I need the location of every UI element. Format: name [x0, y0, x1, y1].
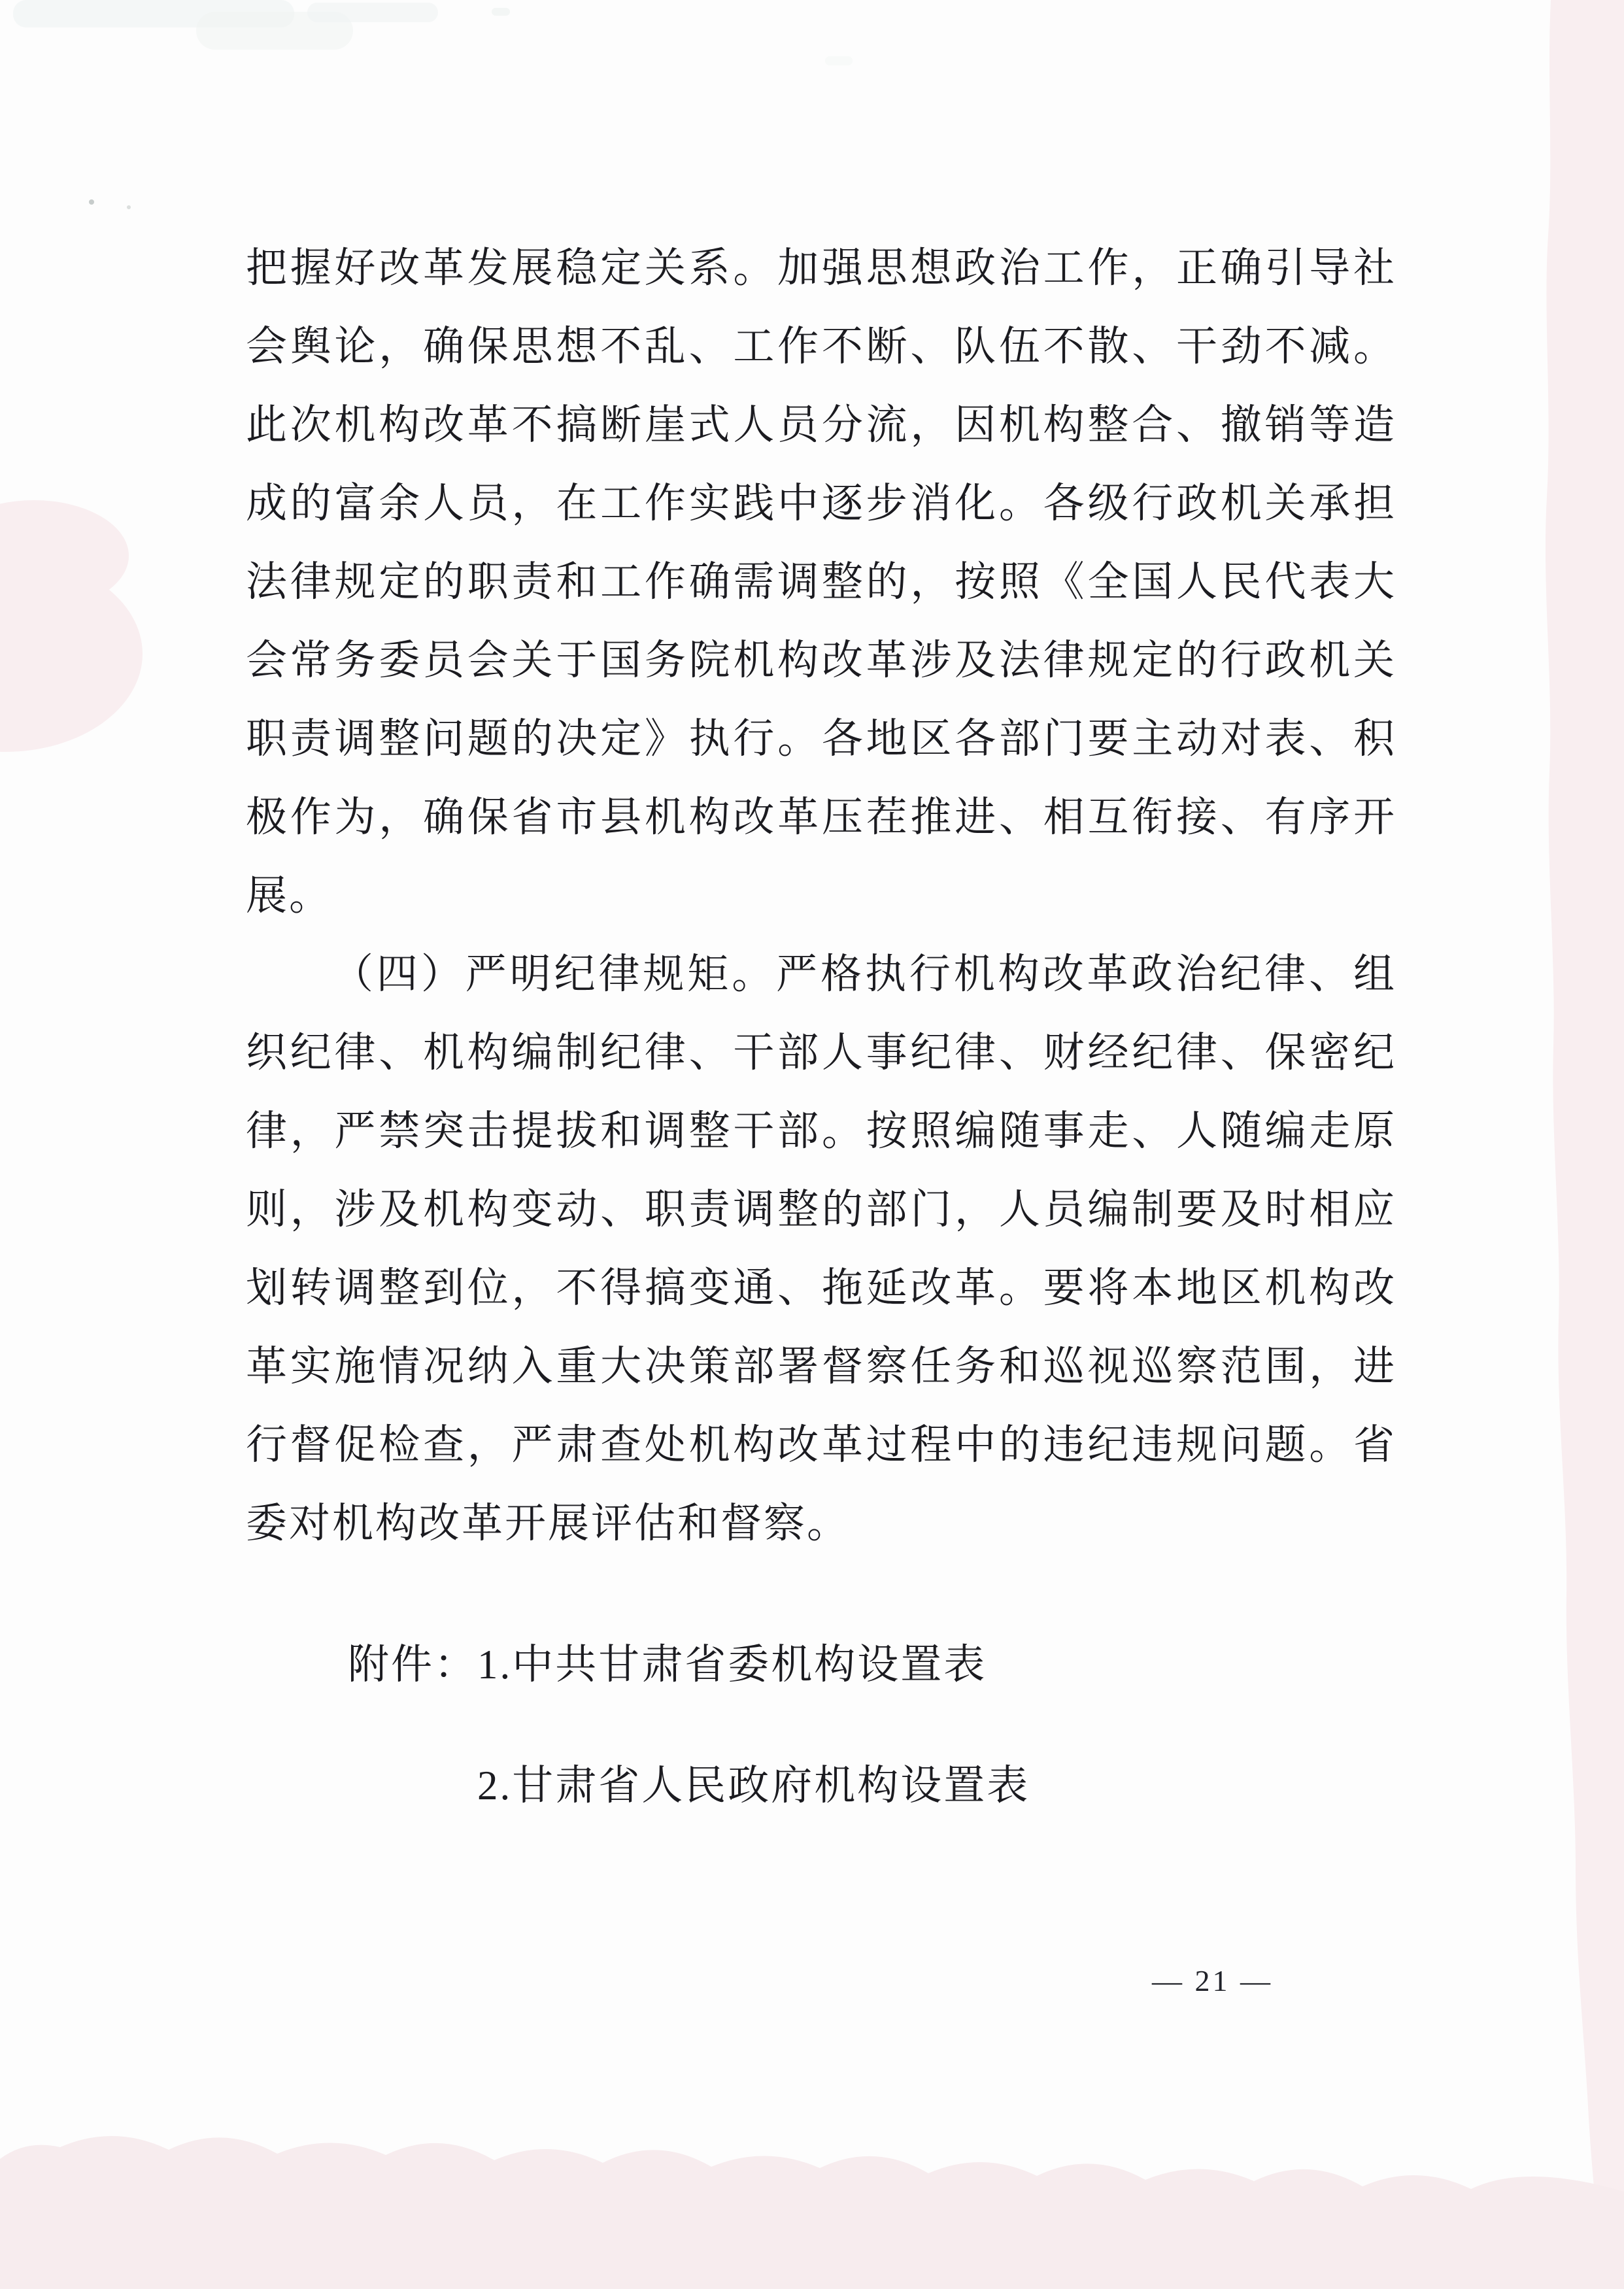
attachment-items: 1.中共甘肃省委机构设置表 2.甘肃省人民政府机构设置表	[477, 1604, 1030, 1846]
page-number: — 21 —	[1152, 1963, 1273, 1998]
attachment-list: 附件： 1.中共甘肃省委机构设置表 2.甘肃省人民政府机构设置表	[348, 1604, 1030, 1846]
page-content: 把握好改革发展稳定关系。加强思想政治工作，正确引导社会舆论，确保思想不乱、工作不…	[0, 0, 1624, 2289]
attachment-item-2: 2.甘肃省人民政府机构设置表	[477, 1725, 1030, 1846]
paragraph-continuation: 把握好改革发展稳定关系。加强思想政治工作，正确引导社会舆论，确保思想不乱、工作不…	[246, 229, 1396, 935]
attachment-label: 附件：	[348, 1604, 477, 1725]
body-text: 把握好改革发展稳定关系。加强思想政治工作，正确引导社会舆论，确保思想不乱、工作不…	[246, 229, 1396, 1563]
document-page: 把握好改革发展稳定关系。加强思想政治工作，正确引导社会舆论，确保思想不乱、工作不…	[0, 0, 1624, 2289]
attachment-item-1: 1.中共甘肃省委机构设置表	[477, 1604, 1030, 1725]
paragraph-item-four: （四）严明纪律规矩。严格执行机构改革政治纪律、组织纪律、机构编制纪律、干部人事纪…	[246, 935, 1396, 1563]
